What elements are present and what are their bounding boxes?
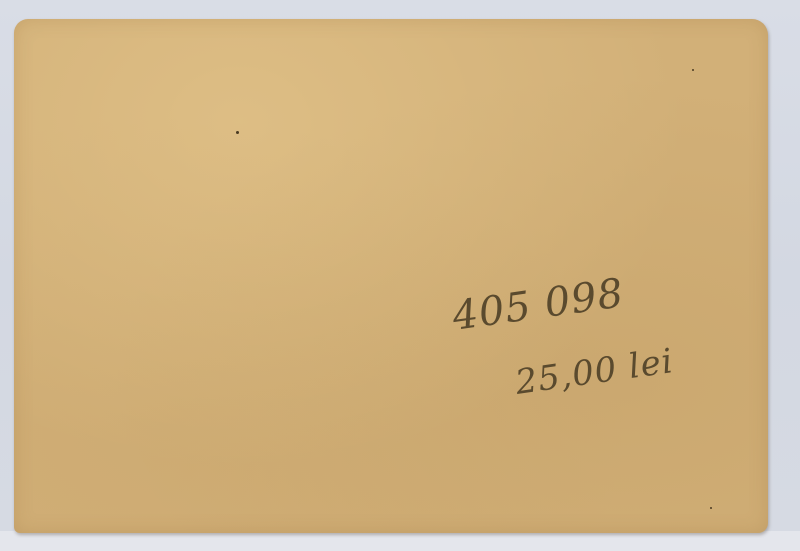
dust-speck [236,131,239,134]
background-surface [0,531,800,551]
dust-speck [710,507,712,509]
dust-speck [692,69,694,71]
card-back [14,19,768,533]
